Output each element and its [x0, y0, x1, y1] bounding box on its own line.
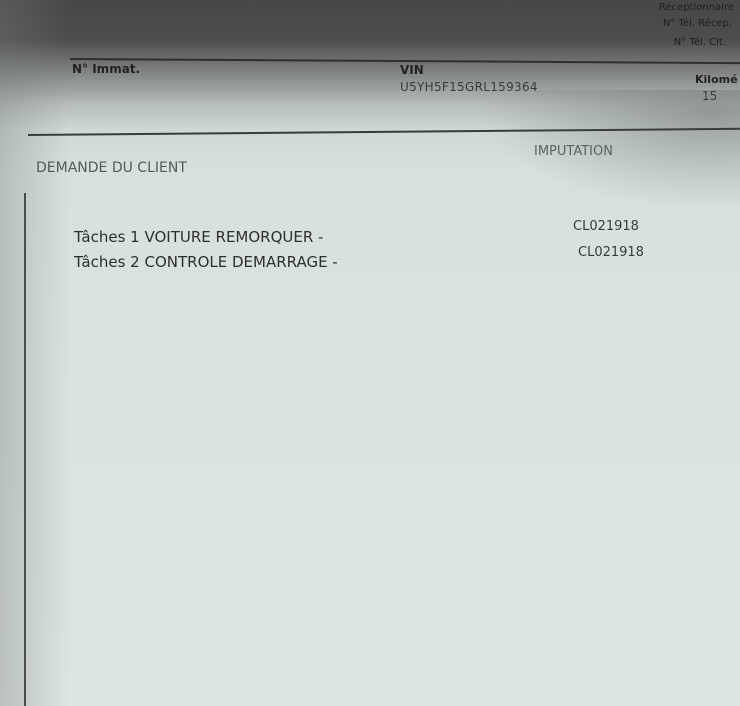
document-page: Réceptionnaire N° Tél. Récep. N° Tél. Cl… [0, 0, 740, 706]
shadow-left [0, 0, 70, 706]
vin-value: U5YH5F15GRL159364 [400, 80, 538, 94]
km-label: Kilomé [695, 73, 738, 86]
task-row-1-imputation: CL021918 [573, 219, 639, 234]
contact-labels: Réceptionnaire N° Tél. Récep. N° Tél. Cl… [659, 0, 734, 51]
task-row-2-imputation: CL021918 [578, 245, 644, 260]
vin-label: VIN [400, 63, 424, 77]
km-value: 15 [702, 89, 717, 103]
left-border [24, 193, 26, 706]
receptionist-label: Réceptionnaire [659, 0, 734, 16]
immat-label: N° Immat. [72, 62, 140, 76]
receptionist-phone-label: N° Tél. Récep. [659, 16, 732, 32]
imputation-header: IMPUTATION [534, 144, 613, 159]
client-phone-label: N° Tél. Clt. [659, 35, 726, 51]
task-row-2: Tâches 2 CONTROLE DEMARRAGE - [74, 253, 338, 271]
task-row-1: Tâches 1 VOITURE REMORQUER - [74, 228, 323, 246]
section-title-client-request: DEMANDE DU CLIENT [36, 160, 187, 176]
